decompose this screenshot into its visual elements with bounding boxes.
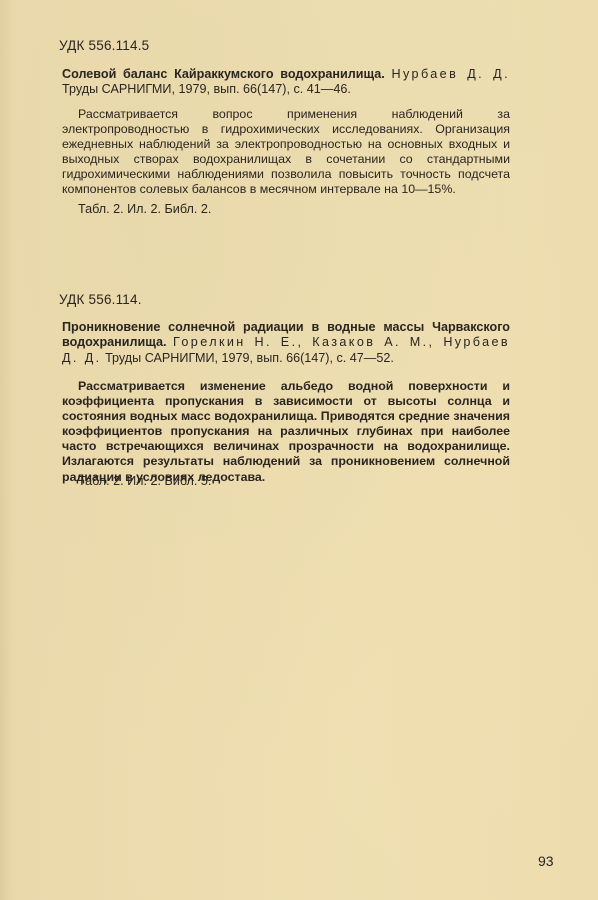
article-meta: Табл. 2. Ил. 2. Библ. 5. — [78, 474, 211, 488]
udk-code: УДК 556.114.5 — [59, 38, 149, 53]
article-source: Труды САРНИГМИ, 1979, вып. 66(147), с. 4… — [62, 82, 351, 96]
udk-code: УДК 556.114. — [59, 292, 142, 307]
document-page: УДК 556.114.5 Солевой баланс Кайраккумск… — [0, 0, 598, 900]
page-number: 93 — [538, 853, 554, 869]
bibliographic-reference: Солевой баланс Кайраккумского водохранил… — [62, 67, 510, 98]
article-title: Солевой баланс Кайраккумского водохранил… — [62, 67, 385, 81]
article-authors: Нурбаев Д. Д. — [392, 67, 511, 81]
abstract-text: Рассматривается изменение альбедо водной… — [62, 379, 510, 485]
bibliographic-reference: Проникновение солнечной радиации в водны… — [62, 320, 510, 366]
article-source: Труды САРНИГМИ, 1979, вып. 66(147), с. 4… — [105, 351, 394, 365]
article-meta: Табл. 2. Ил. 2. Библ. 2. — [78, 202, 211, 216]
abstract-text: Рассматривается вопрос применения наблюд… — [62, 107, 510, 198]
